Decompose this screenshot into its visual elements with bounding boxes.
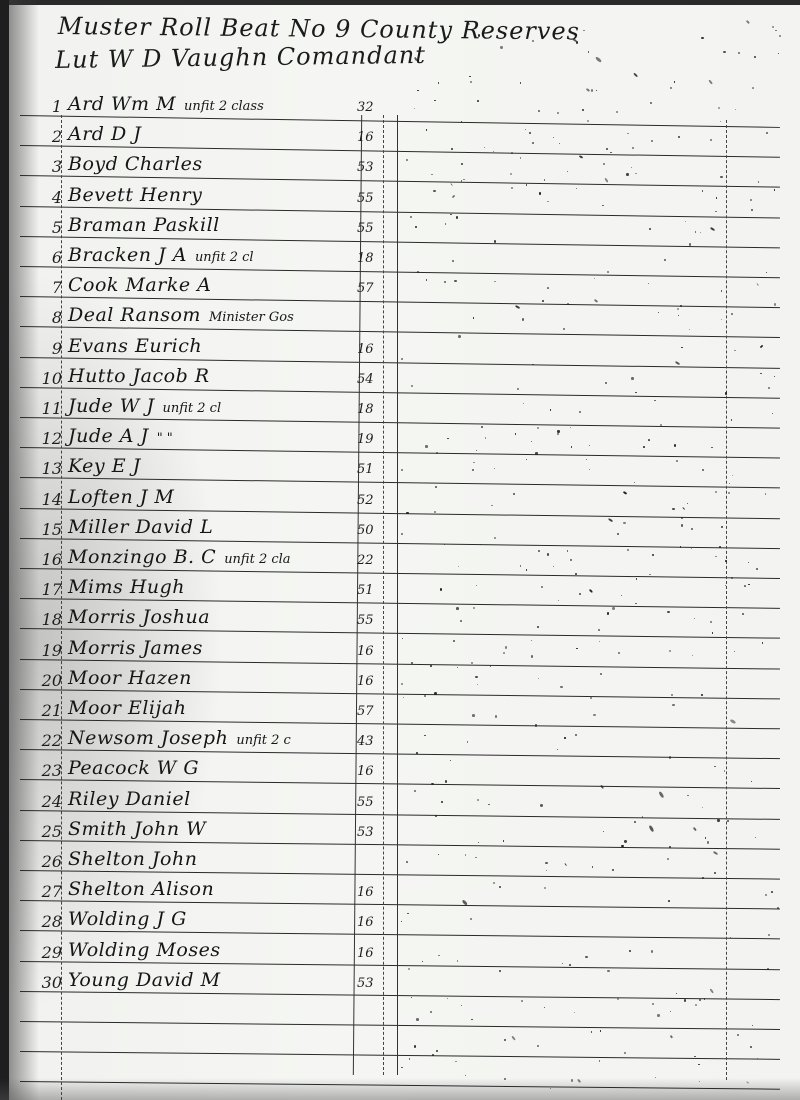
speck (511, 187, 513, 189)
speck (643, 446, 645, 448)
speck (547, 287, 549, 289)
speck (757, 1058, 758, 1059)
row-number: 25 (22, 822, 62, 841)
speck (447, 36, 448, 37)
speck (778, 53, 779, 54)
speck (505, 646, 507, 648)
name-text: Shelton John (68, 848, 197, 870)
speck (444, 281, 446, 283)
age-value: 53 (357, 825, 387, 840)
soldier-name: Wolding J G (68, 908, 187, 930)
speck (529, 132, 531, 134)
speck (721, 526, 722, 527)
soldier-name: Key E J (68, 455, 141, 477)
speck (488, 804, 490, 806)
row-number: 23 (22, 761, 62, 780)
row-number: 16 (22, 550, 62, 569)
scanned-page: Muster Roll Beat No 9 County Reserves Lu… (0, 0, 800, 1100)
speck (414, 1045, 417, 1048)
speck (709, 80, 714, 85)
speck (774, 189, 775, 190)
age-value: 16 (357, 130, 387, 145)
name-text: Ard Wm M (68, 93, 176, 115)
row-number: 13 (22, 459, 62, 478)
speck (649, 228, 651, 230)
speck (723, 51, 725, 53)
ruled-line (20, 1021, 780, 1030)
speck (707, 841, 709, 843)
roster-row: 10Hutto Jacob R54 (0, 363, 800, 393)
speck (469, 76, 470, 77)
row-number: 9 (22, 339, 62, 358)
row-number: 5 (22, 218, 62, 237)
speck (678, 136, 680, 138)
age-value: 16 (357, 342, 387, 357)
speck (546, 870, 547, 871)
roster-row: 30Young David M53 (0, 967, 800, 997)
row-number: 30 (22, 973, 62, 992)
speck (648, 439, 650, 441)
name-text: Loften J M (68, 486, 174, 508)
speck (570, 559, 571, 560)
soldier-name: Smith John W (68, 818, 206, 840)
row-number: 17 (22, 580, 62, 599)
speck (591, 1031, 592, 1032)
speck (473, 317, 474, 318)
speck (557, 749, 558, 750)
name-text: Moor Hazen (68, 667, 192, 689)
speck (717, 819, 719, 821)
speck (401, 1067, 402, 1068)
roster-row: 1Ard Wm Munfit 2 class32 (0, 91, 800, 121)
speck (436, 1050, 438, 1052)
age-value: 18 (357, 251, 387, 266)
speck (700, 232, 701, 233)
speck (695, 1004, 697, 1006)
soldier-name: Evans Eurich (68, 335, 202, 357)
service-note: unfit 2 class (184, 99, 264, 114)
roster-row: 29Wolding Moses16 (0, 937, 800, 967)
service-note: " " (157, 431, 173, 446)
name-text: Jude W J (68, 395, 155, 417)
roster-row: 14Loften J M52 (0, 484, 800, 514)
soldier-name: Monzingo B. Cunfit 2 cla (68, 546, 291, 568)
speck (493, 882, 495, 884)
roster-row: 5Braman Paskill55 (0, 212, 800, 242)
age-value: 16 (357, 885, 387, 900)
speck (454, 280, 456, 282)
speck (416, 1018, 419, 1021)
speck (701, 694, 702, 695)
name-text: Miller David L (68, 516, 213, 538)
speck (627, 549, 628, 550)
speck (520, 157, 521, 158)
speck (624, 1052, 626, 1054)
soldier-name: Jude W Junfit 2 cl (68, 395, 221, 417)
speck (751, 209, 753, 211)
speck (593, 714, 595, 716)
row-number: 6 (22, 248, 62, 267)
row-number: 4 (22, 188, 62, 207)
speck (738, 52, 740, 54)
speck (562, 963, 563, 964)
roster-row: 13Key E J51 (0, 453, 800, 483)
name-text: Deal Ransom (68, 304, 201, 326)
speck (438, 82, 439, 83)
speck (742, 613, 744, 615)
speck (455, 1061, 456, 1062)
speck (452, 260, 454, 262)
speck (458, 335, 461, 338)
speck (702, 190, 703, 191)
speck (460, 620, 462, 622)
speck (544, 1007, 545, 1008)
roster-row: 7Cook Marke A57 (0, 272, 800, 302)
speck (752, 87, 754, 89)
speck (504, 1039, 506, 1041)
roster-row: 18Morris Joshua55 (0, 604, 800, 634)
age-value: 16 (357, 644, 387, 659)
row-number: 27 (22, 882, 62, 901)
roster-row: 20Moor Hazen16 (0, 665, 800, 695)
speck (511, 1035, 516, 1040)
row-number: 18 (22, 610, 62, 629)
speck (535, 452, 538, 455)
age-value: 19 (357, 432, 387, 447)
speck (750, 1046, 752, 1048)
soldier-name: Bevett Henry (68, 184, 202, 206)
name-text: Jude A J (68, 425, 149, 447)
speck (475, 857, 476, 858)
age-value: 51 (357, 462, 387, 477)
speck (436, 452, 437, 453)
speck (477, 100, 479, 102)
speck (737, 1034, 739, 1036)
speck (567, 550, 569, 552)
ruled-line (20, 1051, 780, 1060)
speck (560, 686, 562, 688)
age-value: 57 (357, 704, 387, 719)
speck (406, 159, 408, 161)
roster-row: 2Ard D J16 (0, 121, 800, 151)
speck (545, 862, 547, 864)
soldier-name: Newsom Josephunfit 2 c (68, 727, 291, 749)
speck (725, 392, 727, 394)
speck (600, 673, 602, 675)
age-value: 18 (357, 402, 387, 417)
roster-row: 11Jude W Junfit 2 cl18 (0, 393, 800, 423)
speck (471, 1019, 472, 1020)
speck (447, 998, 448, 999)
age-value: 57 (357, 281, 387, 296)
name-text: Bracken J A (68, 244, 187, 266)
speck (504, 1078, 506, 1080)
name-text: Smith John W (68, 818, 206, 840)
speck (591, 89, 593, 91)
speck (699, 999, 701, 1001)
speck (503, 652, 505, 654)
row-number: 26 (22, 852, 62, 871)
speck (532, 142, 534, 144)
document-subtitle: Lut W D Vaughn Comandant (55, 36, 755, 74)
name-text: Shelton Alison (68, 878, 214, 900)
name-text: Peacock W G (68, 757, 199, 779)
age-value: 54 (357, 372, 387, 387)
speck (617, 533, 619, 535)
speck (471, 662, 472, 663)
row-number: 24 (22, 792, 62, 811)
soldier-name: Peacock W G (68, 757, 199, 779)
speck (473, 462, 475, 464)
speck (434, 100, 435, 101)
speck (705, 837, 707, 839)
name-text: Bevett Henry (68, 184, 202, 206)
age-value: 16 (357, 946, 387, 961)
speck (401, 683, 403, 685)
row-number: 10 (22, 369, 62, 388)
speck (433, 190, 435, 192)
service-note: unfit 2 c (236, 733, 290, 748)
service-note: unfit 2 cl (163, 401, 222, 416)
speck (468, 23, 470, 25)
speck (484, 147, 485, 148)
speck (768, 934, 769, 935)
speck (779, 35, 780, 36)
speck (612, 869, 614, 871)
speck (771, 891, 773, 893)
speck (610, 152, 611, 153)
speck (702, 877, 704, 879)
speck (511, 152, 513, 154)
speck (457, 960, 458, 961)
soldier-name: Miller David L (68, 516, 213, 538)
age-value: 55 (357, 191, 387, 206)
speck (669, 650, 671, 652)
speck (461, 180, 463, 182)
speck (574, 1012, 575, 1013)
speck (409, 1058, 411, 1060)
speck (618, 652, 620, 654)
speck (728, 492, 730, 494)
speck (670, 87, 671, 88)
speck (589, 469, 590, 470)
speck (598, 629, 599, 630)
speck (725, 560, 726, 561)
speck (494, 537, 496, 539)
speck (569, 964, 571, 966)
speck (635, 603, 636, 604)
speck (766, 132, 768, 134)
speck (465, 854, 466, 855)
speck (523, 403, 524, 404)
speck (588, 51, 589, 52)
speck (540, 804, 542, 806)
speck (535, 724, 537, 726)
speck (587, 120, 589, 122)
speck (461, 1005, 463, 1007)
speck (760, 346, 762, 348)
row-number: 1 (22, 97, 62, 116)
row-number: 3 (22, 157, 62, 176)
name-text: Mims Hugh (68, 576, 185, 598)
speck (500, 46, 502, 48)
speck (681, 347, 682, 348)
speck (467, 741, 468, 742)
speck (445, 780, 447, 782)
speck (754, 56, 756, 58)
speck (651, 140, 653, 142)
name-text: Wolding Moses (68, 939, 221, 961)
speck (432, 1054, 434, 1056)
soldier-name: Boyd Charles (68, 153, 203, 175)
speck (424, 695, 426, 697)
soldier-name: Jude A J" " (68, 425, 173, 447)
speck (681, 517, 683, 519)
speck (606, 148, 608, 150)
name-text: Hutto Jacob R (68, 365, 210, 387)
speck (431, 783, 433, 785)
speck (465, 1075, 466, 1076)
roster-row: 21Moor Elijah57 (0, 695, 800, 725)
name-text: Young David M (68, 969, 221, 991)
speck (651, 950, 653, 952)
row-number: 14 (22, 490, 62, 509)
age-value: 16 (357, 915, 387, 930)
speck (676, 460, 678, 462)
speck (600, 1030, 602, 1032)
speck (434, 692, 437, 695)
row-number: 19 (22, 641, 62, 660)
soldier-name: Cook Marke A (68, 274, 211, 296)
row-number: 11 (22, 399, 62, 418)
speck (629, 950, 631, 952)
name-text: Riley Daniel (68, 788, 191, 810)
speck (478, 34, 480, 36)
speck (731, 419, 732, 420)
row-number: 15 (22, 520, 62, 539)
soldier-name: Wolding Moses (68, 939, 221, 961)
roster-row: 16Monzingo B. Cunfit 2 cla22 (0, 544, 800, 574)
age-value: 55 (357, 221, 387, 236)
age-value: 50 (357, 523, 387, 538)
age-value: 43 (357, 734, 387, 749)
speck (674, 81, 676, 83)
speck (720, 176, 722, 178)
name-text: Moor Elijah (68, 697, 186, 719)
speck (731, 577, 732, 578)
speck (426, 279, 427, 280)
speck (710, 621, 712, 623)
speck (425, 445, 427, 447)
roster-row: 3Boyd Charles53 (0, 151, 800, 181)
row-number: 28 (22, 912, 62, 931)
age-value: 16 (357, 674, 387, 689)
soldier-name: Ard D J (68, 123, 141, 145)
speck (636, 578, 637, 579)
speck (612, 607, 614, 609)
age-value: 52 (357, 493, 387, 508)
speck (470, 81, 472, 83)
speck (670, 1035, 673, 1039)
soldier-name: Shelton John (68, 848, 197, 870)
speck (579, 411, 581, 413)
speck (557, 433, 559, 435)
speck (635, 173, 636, 174)
speck (668, 900, 670, 902)
speck (626, 173, 629, 176)
speck (698, 1064, 700, 1066)
age-value: 55 (357, 795, 387, 810)
soldier-name: Morris James (68, 637, 203, 659)
speck (564, 737, 565, 738)
speck (430, 665, 432, 667)
speck (589, 445, 590, 446)
name-text: Morris Joshua (68, 606, 210, 628)
roster-row: 22Newsom Josephunfit 2 c43 (0, 725, 800, 755)
speck (624, 840, 626, 842)
service-note: unfit 2 cl (195, 250, 254, 265)
row-number: 12 (22, 429, 62, 448)
speck (687, 795, 688, 796)
soldier-name: Riley Daniel (68, 788, 191, 810)
speck (621, 845, 623, 847)
speck (734, 651, 735, 652)
speck (590, 697, 592, 699)
speck (775, 30, 776, 31)
name-text: Wolding J G (68, 908, 187, 930)
soldier-name: Bracken J Aunfit 2 cl (68, 244, 254, 266)
soldier-name: Ard Wm Munfit 2 class (68, 93, 264, 115)
speck (607, 271, 609, 273)
speck (623, 522, 625, 524)
speck (752, 1025, 753, 1026)
speck (607, 612, 609, 614)
speck (550, 409, 551, 410)
soldier-name: Braman Paskill (68, 214, 220, 236)
soldier-name: Deal RansomMinister Gos (68, 304, 294, 326)
speck (758, 181, 759, 182)
roster-row: 27Shelton Alison16 (0, 876, 800, 906)
speck (411, 997, 412, 998)
soldier-name: Moor Elijah (68, 697, 186, 719)
roster-row: 25Smith John W53 (0, 816, 800, 846)
speck (585, 956, 587, 958)
speck (521, 1000, 523, 1002)
age-value: 55 (357, 613, 387, 628)
speck (440, 588, 442, 590)
speck (652, 1003, 653, 1004)
speck (627, 133, 628, 134)
speck (750, 199, 752, 201)
speck (735, 109, 736, 110)
name-text: Newsom Joseph (68, 727, 228, 749)
roster-row: 23Peacock W G16 (0, 755, 800, 785)
speck (599, 1060, 600, 1061)
soldier-name: Shelton Alison (68, 878, 214, 900)
speck (537, 1045, 539, 1047)
service-note: Minister Gos (209, 310, 294, 325)
service-note: unfit 2 cla (224, 552, 290, 567)
roster-row: 19Morris James16 (0, 635, 800, 665)
row-number: 8 (22, 308, 62, 327)
speck (494, 468, 495, 469)
speck (680, 546, 681, 547)
roster-row: 4Bevett Henry55 (0, 182, 800, 212)
name-text: Ard D J (68, 123, 141, 145)
speck (617, 998, 619, 1000)
roster-row: 28Wolding J G16 (0, 906, 800, 936)
speck (539, 192, 541, 194)
